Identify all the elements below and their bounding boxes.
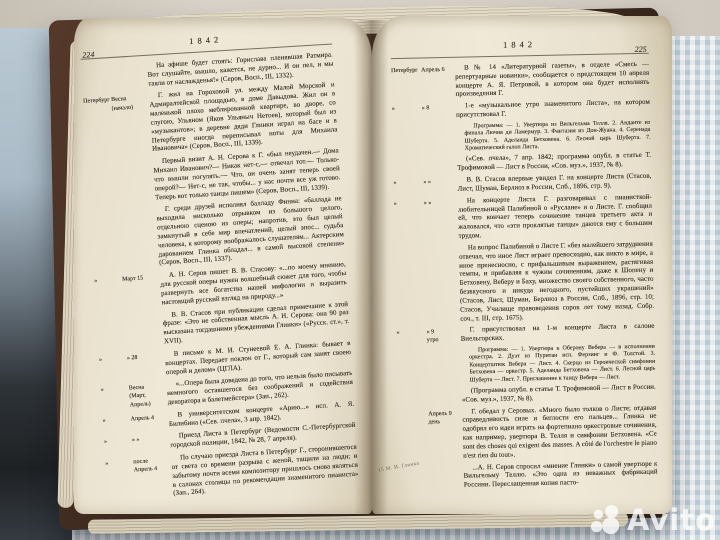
entry-text: Программа: — 1. Увертюра к Оберону Вебер… — [461, 344, 656, 385]
chronicle-entry: Апрель 9 день Г. обедал у Серовых. «Мног… — [398, 404, 657, 462]
margin-place — [96, 314, 126, 351]
margin-date — [425, 245, 461, 325]
book-gutter-shadow — [354, 20, 388, 514]
margin-date — [422, 124, 457, 154]
chronicle-entry: Г. среди друзей исполнял балладу Финна: … — [90, 196, 345, 273]
margin-place — [398, 409, 429, 463]
right-page-number: 225 — [635, 45, 647, 54]
margin-date: Апрель 6 — [421, 65, 456, 101]
margin-place — [87, 161, 118, 207]
watermark-text: Avito — [627, 506, 716, 535]
avito-watermark: Avito — [587, 504, 716, 536]
margin-place: » — [102, 414, 131, 433]
chronicle-entry: Петербург Апрель 6 В № 14 «Литературной … — [391, 61, 650, 102]
open-book: 224 1842 На афише будет стоять: Горислав… — [48, 4, 668, 532]
margin-place: » — [394, 198, 425, 243]
photo-scene: 224 1842 На афише будет стоять: Горислав… — [0, 0, 720, 540]
margin-date: » 9 утро — [427, 327, 461, 345]
left-running-head: 1842 — [189, 34, 223, 46]
margin-place: » — [105, 458, 136, 504]
entry-text: Г. присутствовал на 1-м концерте Листа в… — [460, 323, 654, 345]
left-page: 224 1842 На афише будет стоять: Горислав… — [74, 18, 372, 514]
chronicle-entry: (Программа опубл. в статье Т. Трофимовой… — [398, 384, 656, 407]
margin-date: Апрель 4 — [130, 412, 169, 432]
margin-place: » — [397, 328, 427, 346]
entry-text: Первый визит А. Н. Серова к Г. «был неуд… — [153, 148, 341, 203]
entry-text: Программа: — 1. Увертюра из Вильгельма Т… — [456, 120, 651, 154]
entry-text: Г. жил на Гороховой ул. между Малой Морс… — [149, 82, 338, 155]
right-page: 1842 225 Петербург Апрель 6 В № 14 «Лите… — [372, 16, 672, 514]
left-page-number: 224 — [82, 50, 95, 60]
margin-date — [427, 348, 462, 386]
chronicle-entry: » » 9 утро Г. присутствовал на 1-м конце… — [397, 323, 655, 346]
right-page-header: 1842 225 — [391, 37, 649, 59]
margin-place — [81, 65, 111, 93]
margin-place — [393, 157, 423, 175]
left-page-content: 224 1842 На афише будет стоять: Горислав… — [80, 27, 360, 507]
entry-text: В № 14 «Литературной газеты», в отделе «… — [455, 61, 650, 100]
entry-text: На концерте Листа Г. разговаривал с пиан… — [458, 193, 653, 241]
margin-date — [118, 207, 160, 271]
right-page-content: 1842 225 Петербург Апрель 6 В № 14 «Лите… — [391, 37, 658, 495]
margin-date — [423, 156, 457, 174]
margin-place — [392, 124, 423, 154]
chronicle-entry: Петербург Весна (начало) Г. жил на Горох… — [83, 82, 338, 159]
margin-place: » — [99, 353, 129, 381]
chronicle-entry: » » 8 1-е «музыкальное утро знаменитого … — [392, 99, 650, 122]
entry-text: 1-е «музыкальное утро знаменитого Листа»… — [456, 99, 650, 121]
margin-date: » » — [423, 177, 457, 195]
margin-place — [397, 348, 428, 385]
chronicle-entry: » » » В. В. Стасов впервые увидел Г. на … — [393, 173, 651, 196]
margin-date — [429, 464, 464, 491]
entry-text: Г. среди друзей исполнял балладу Финна: … — [156, 196, 345, 269]
margin-date — [124, 312, 164, 350]
margin-place: » — [104, 436, 133, 455]
margin-date: Март 15 — [122, 273, 162, 311]
margin-date: » » — [132, 434, 171, 454]
entry-text: ...А. Н. Серов спросил «мнение Глинки» о… — [463, 460, 658, 491]
left-page-entries: На афише будет стоять: Горислава пленявш… — [81, 51, 359, 503]
entry-text: В. В. Стасов при публикации сделал приме… — [162, 301, 350, 348]
margin-place: Петербург — [83, 96, 115, 159]
chronicle-entry: На вопрос Палибиной о Листе Г. «без мале… — [395, 241, 655, 326]
right-page-entries: Петербург Апрель 6 В № 14 «Литературной … — [391, 61, 658, 492]
entry-text: Г. обедал у Серовых. «Много было толков … — [462, 404, 657, 461]
margin-place: » — [101, 384, 131, 412]
right-running-head: 1842 — [503, 39, 536, 50]
margin-date: Весна (начало) — [111, 93, 153, 157]
margin-place — [395, 245, 427, 325]
margin-place: » — [94, 275, 124, 312]
margin-date: » 8 — [422, 103, 456, 121]
margin-date: Весна (Март, Апрель) — [129, 382, 169, 411]
margin-place — [398, 388, 428, 406]
chronicle-entry: ...А. Н. Серов спросил «мнение Глинки» о… — [399, 460, 657, 492]
entry-text: А. Н. Серов пишет В. В. Стасову: «...по … — [160, 261, 348, 308]
entry-text: На вопрос Палибиной о Листе Г. «без мале… — [459, 241, 655, 324]
chronicle-entry: Программа: — 1. Увертюра к Оберону Вебер… — [397, 344, 656, 386]
margin-date — [109, 63, 149, 92]
margin-place — [90, 209, 122, 272]
entry-text: В. В. Стасов впервые увидел Г. на концер… — [457, 173, 651, 195]
margin-date: Апрель 9 день — [428, 408, 463, 462]
margin-date — [115, 159, 156, 205]
margin-date: » 28 — [127, 351, 167, 380]
chronicle-entry: Программа: — 1. Увертюра из Вильгельма Т… — [392, 120, 651, 155]
entry-text: По случаю приезда Листа в Петербург Г., … — [171, 444, 359, 499]
margin-date: » » — [424, 198, 459, 243]
entry-text: (Программа опубл. в статье Т. Трофимовой… — [462, 384, 656, 406]
margin-date — [428, 388, 462, 406]
chronicle-entry: » » » На концерте Листа Г. разговаривал … — [394, 193, 653, 243]
margin-place: » — [392, 104, 422, 122]
chronicle-entry: («Сев. пчела», 7 апр. 1842; программа оп… — [393, 152, 651, 175]
margin-date: после Апрель 4 — [133, 455, 174, 501]
margin-place: Петербург — [391, 65, 422, 101]
entry-text: («Сев. пчела», 7 апр. 1842; программа оп… — [457, 152, 651, 174]
avito-logo-icon — [587, 504, 625, 536]
margin-place: » — [393, 178, 423, 196]
